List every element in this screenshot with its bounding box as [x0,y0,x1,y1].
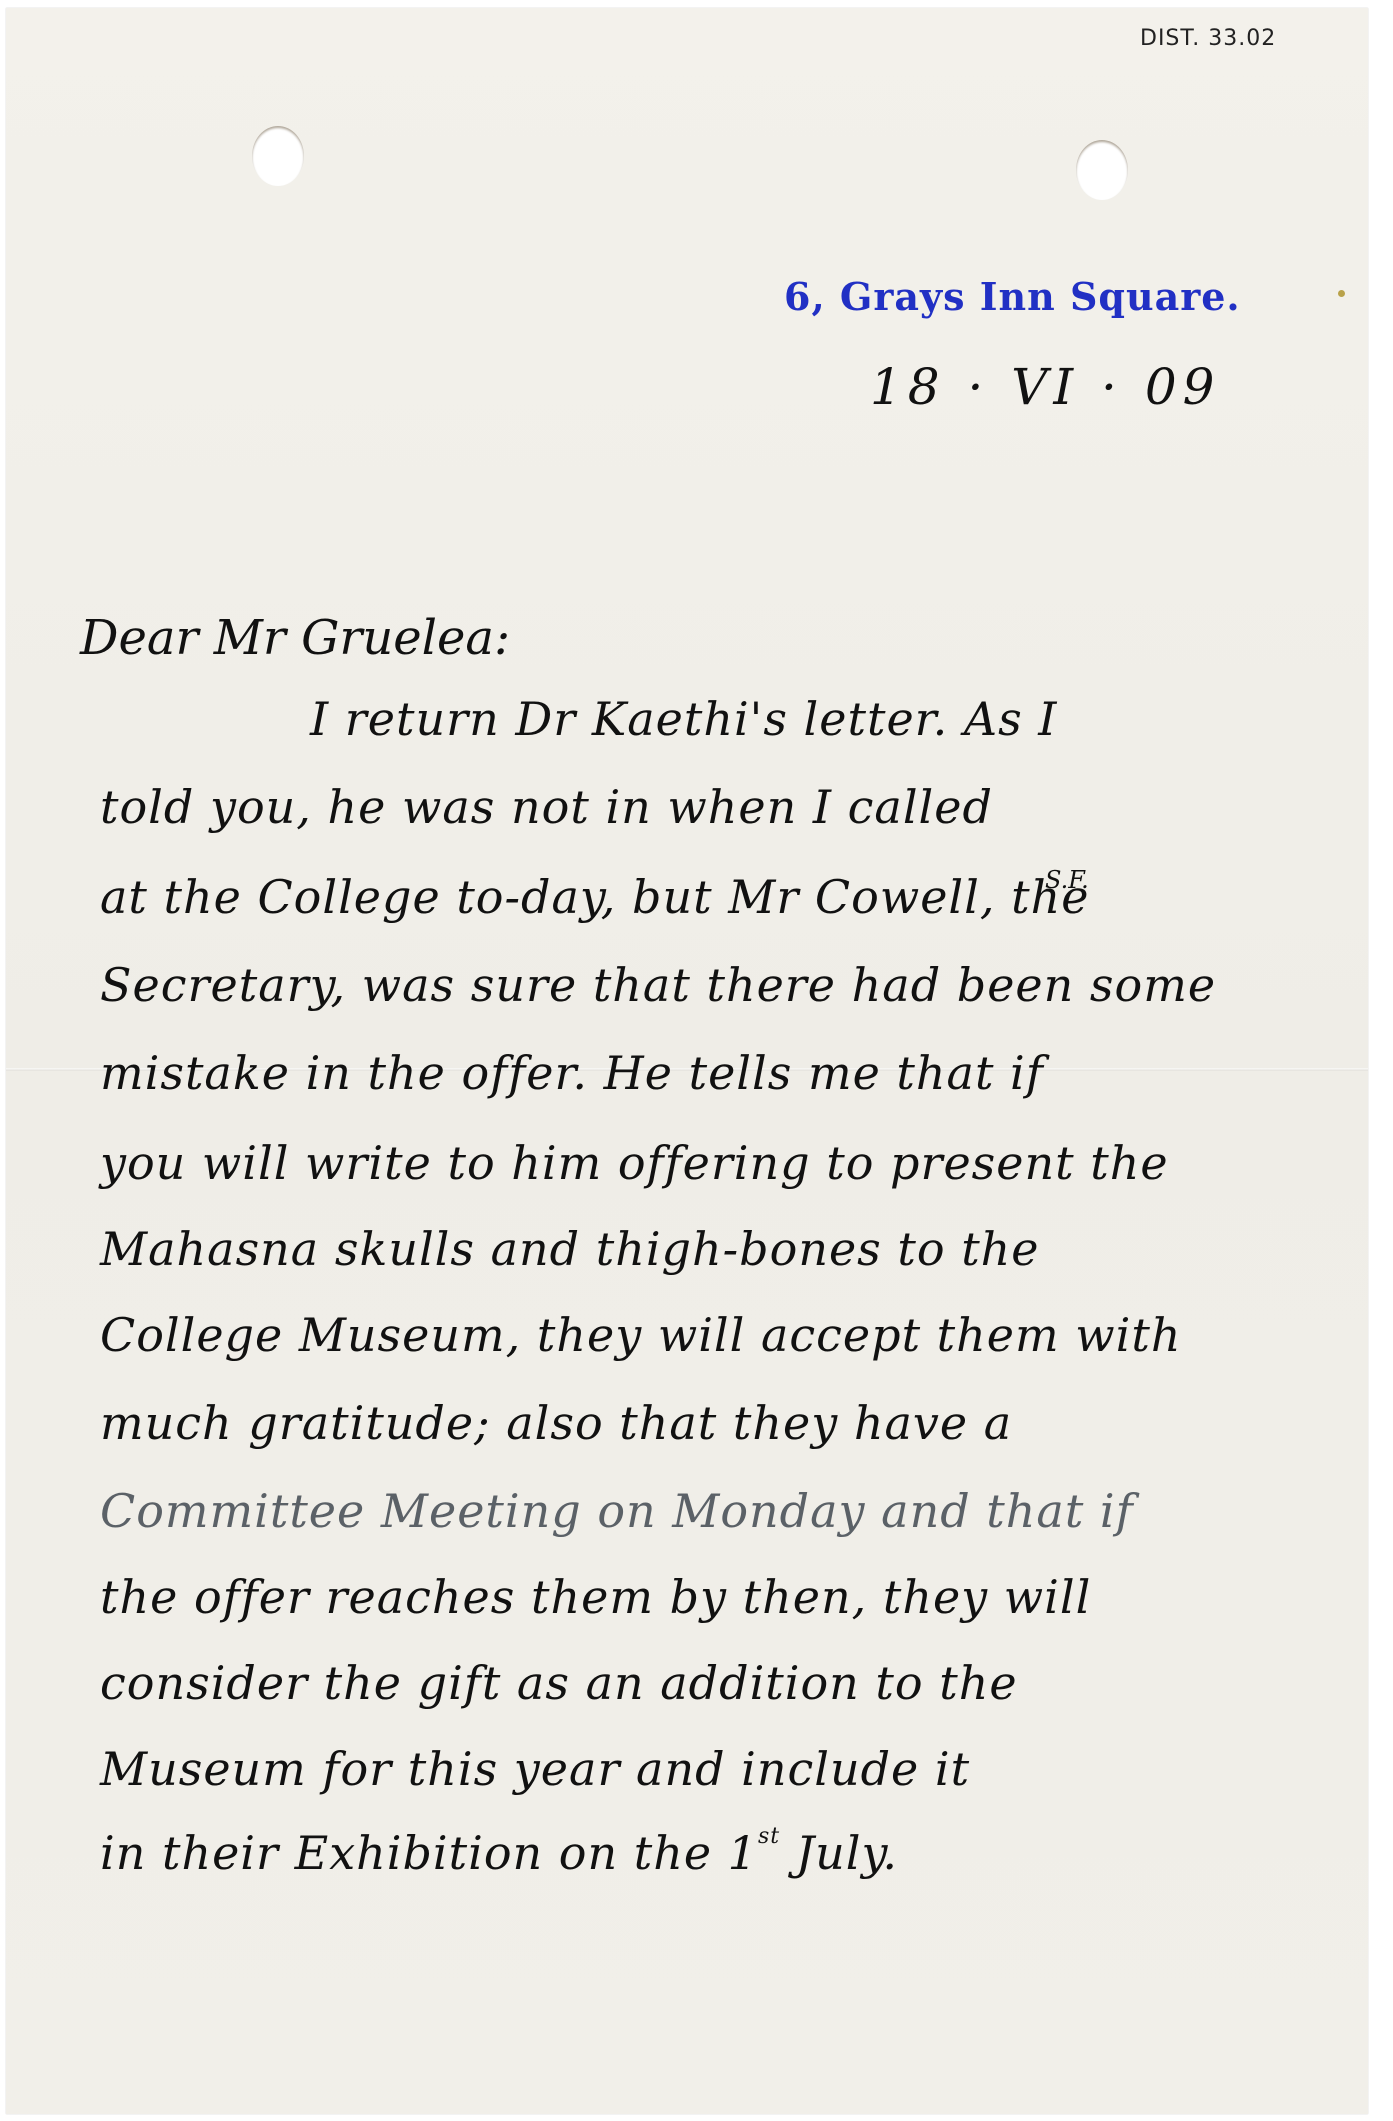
closing-text: in their Exhibition on the 1 [100,1826,758,1880]
body-line-8: College Museum, they will accept them wi… [100,1308,1181,1362]
salutation: Dear Mr Gruelea: [80,610,510,666]
punch-hole-right [1076,140,1128,200]
body-line-2: told you, he was not in when I called [100,780,993,834]
body-line-7: Mahasna skulls and thigh-bones to the [100,1222,1040,1276]
letter-date: 18 · VI · 09 [870,358,1220,416]
body-line-9: much gratitude; also that they have a [100,1396,1012,1450]
body-line-5: mistake in the offer. He tells me that i… [100,1046,1044,1100]
punch-hole-left [252,126,304,186]
body-line-3: at the College to-day, but Mr Cowell, th… [100,870,1089,924]
body-line-4: Secretary, was sure that there had been … [100,958,1216,1012]
closing-month: July. [780,1826,898,1880]
body-line-14: in their Exhibition on the 1st July. [100,1826,898,1880]
letterhead-address: 6, Grays Inn Square. [784,274,1241,319]
body-line-10: Committee Meeting on Monday and that if [100,1484,1134,1538]
body-line-1: I return Dr Kaethi's letter. As I [310,692,1057,746]
body-line-13: Museum for this year and include it [100,1742,970,1796]
paper-speck [1338,290,1345,297]
body-line-11: the offer reaches them by then, they wil… [100,1570,1091,1624]
body-line-12: consider the gift as an addition to the [100,1656,1018,1710]
ordinal-superscript: st [758,1824,780,1849]
body-line-6: you will write to him offering to presen… [100,1136,1169,1190]
archive-reference: DIST. 33.02 [1140,26,1276,51]
